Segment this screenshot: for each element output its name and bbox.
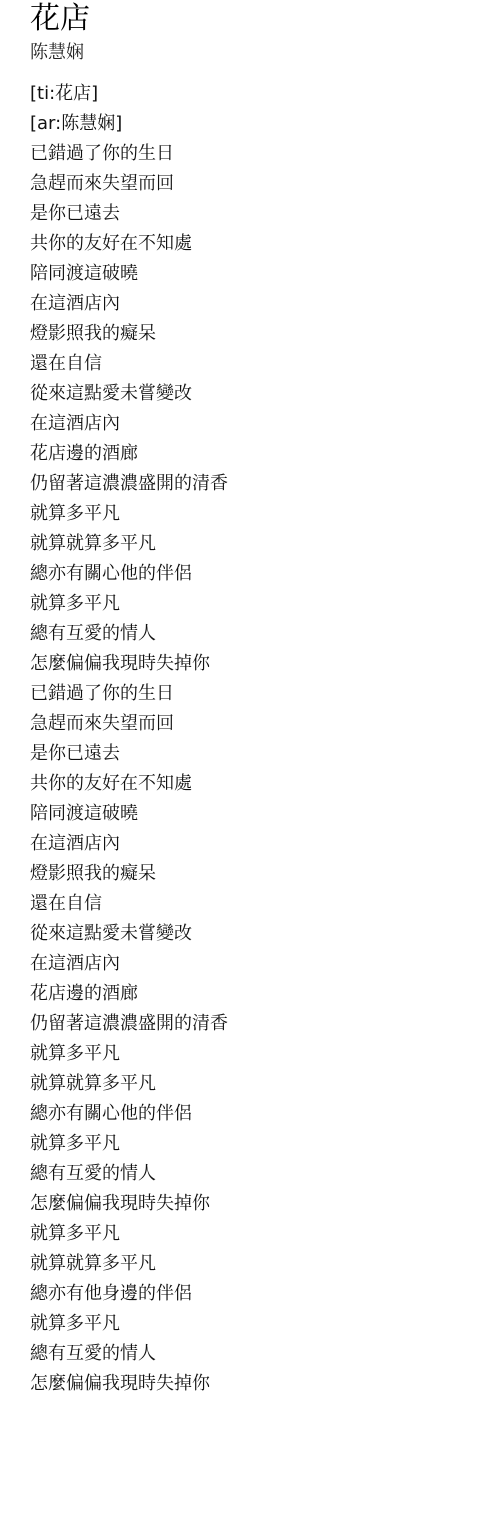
lyric-line: 燈影照我的癡呆 — [30, 859, 228, 889]
lyric-line: 仍留著這濃濃盛開的清香 — [30, 1009, 228, 1039]
lyric-line: 就算多平凡 — [30, 1039, 228, 1069]
lyric-line: 就算多平凡 — [30, 589, 228, 619]
lyric-line: 陪同渡這破曉 — [30, 799, 228, 829]
lyric-line: 燈影照我的癡呆 — [30, 319, 228, 349]
lyric-line: 共你的友好在不知處 — [30, 229, 228, 259]
lyrics-list: [ti:花店][ar:陈慧娴]已錯過了你的生日急趕而來失望而回是你已遠去共你的友… — [30, 79, 228, 1399]
lyric-line: 急趕而來失望而回 — [30, 709, 228, 739]
lyric-line: 就算就算多平凡 — [30, 1069, 228, 1099]
lyric-line: 在這酒店內 — [30, 409, 228, 439]
lyric-line: 怎麼偏偏我現時失掉你 — [30, 649, 228, 679]
lyric-line: 就算多平凡 — [30, 499, 228, 529]
lyric-line: 花店邊的酒廊 — [30, 439, 228, 469]
lyric-line: [ti:花店] — [30, 79, 228, 109]
lyric-line: 怎麼偏偏我現時失掉你 — [30, 1189, 228, 1219]
lyric-line: 就算多平凡 — [30, 1219, 228, 1249]
lyric-line: 總亦有他身邊的伴侶 — [30, 1279, 228, 1309]
lyric-line: 急趕而來失望而回 — [30, 169, 228, 199]
lyric-line: 總亦有關心他的伴侶 — [30, 559, 228, 589]
lyric-line: 陪同渡這破曉 — [30, 259, 228, 289]
lyric-line: [ar:陈慧娴] — [30, 109, 228, 139]
lyric-line: 怎麼偏偏我現時失掉你 — [30, 1369, 228, 1399]
lyric-line: 是你已遠去 — [30, 739, 228, 769]
lyric-line: 已錯過了你的生日 — [30, 139, 228, 169]
lyric-line: 總有互愛的情人 — [30, 1159, 228, 1189]
lyric-line: 在這酒店內 — [30, 949, 228, 979]
lyric-line: 總有互愛的情人 — [30, 1339, 228, 1369]
song-artist: 陈慧娴 — [30, 40, 84, 66]
lyric-line: 已錯過了你的生日 — [30, 679, 228, 709]
lyric-line: 就算就算多平凡 — [30, 529, 228, 559]
lyric-line: 就算就算多平凡 — [30, 1249, 228, 1279]
lyrics-page: 花店 陈慧娴 [ti:花店][ar:陈慧娴]已錯過了你的生日急趕而來失望而回是你… — [0, 0, 500, 1540]
lyric-line: 還在自信 — [30, 349, 228, 379]
lyric-line: 從來這點愛未嘗變改 — [30, 919, 228, 949]
lyric-line: 就算多平凡 — [30, 1309, 228, 1339]
lyric-line: 總有互愛的情人 — [30, 619, 228, 649]
lyric-line: 在這酒店內 — [30, 289, 228, 319]
lyric-line: 花店邊的酒廊 — [30, 979, 228, 1009]
lyric-line: 從來這點愛未嘗變改 — [30, 379, 228, 409]
lyric-line: 就算多平凡 — [30, 1129, 228, 1159]
lyric-line: 共你的友好在不知處 — [30, 769, 228, 799]
lyric-line: 在這酒店內 — [30, 829, 228, 859]
lyric-line: 總亦有關心他的伴侶 — [30, 1099, 228, 1129]
lyric-line: 還在自信 — [30, 889, 228, 919]
song-title: 花店 — [30, 0, 90, 38]
lyric-line: 仍留著這濃濃盛開的清香 — [30, 469, 228, 499]
lyric-line: 是你已遠去 — [30, 199, 228, 229]
